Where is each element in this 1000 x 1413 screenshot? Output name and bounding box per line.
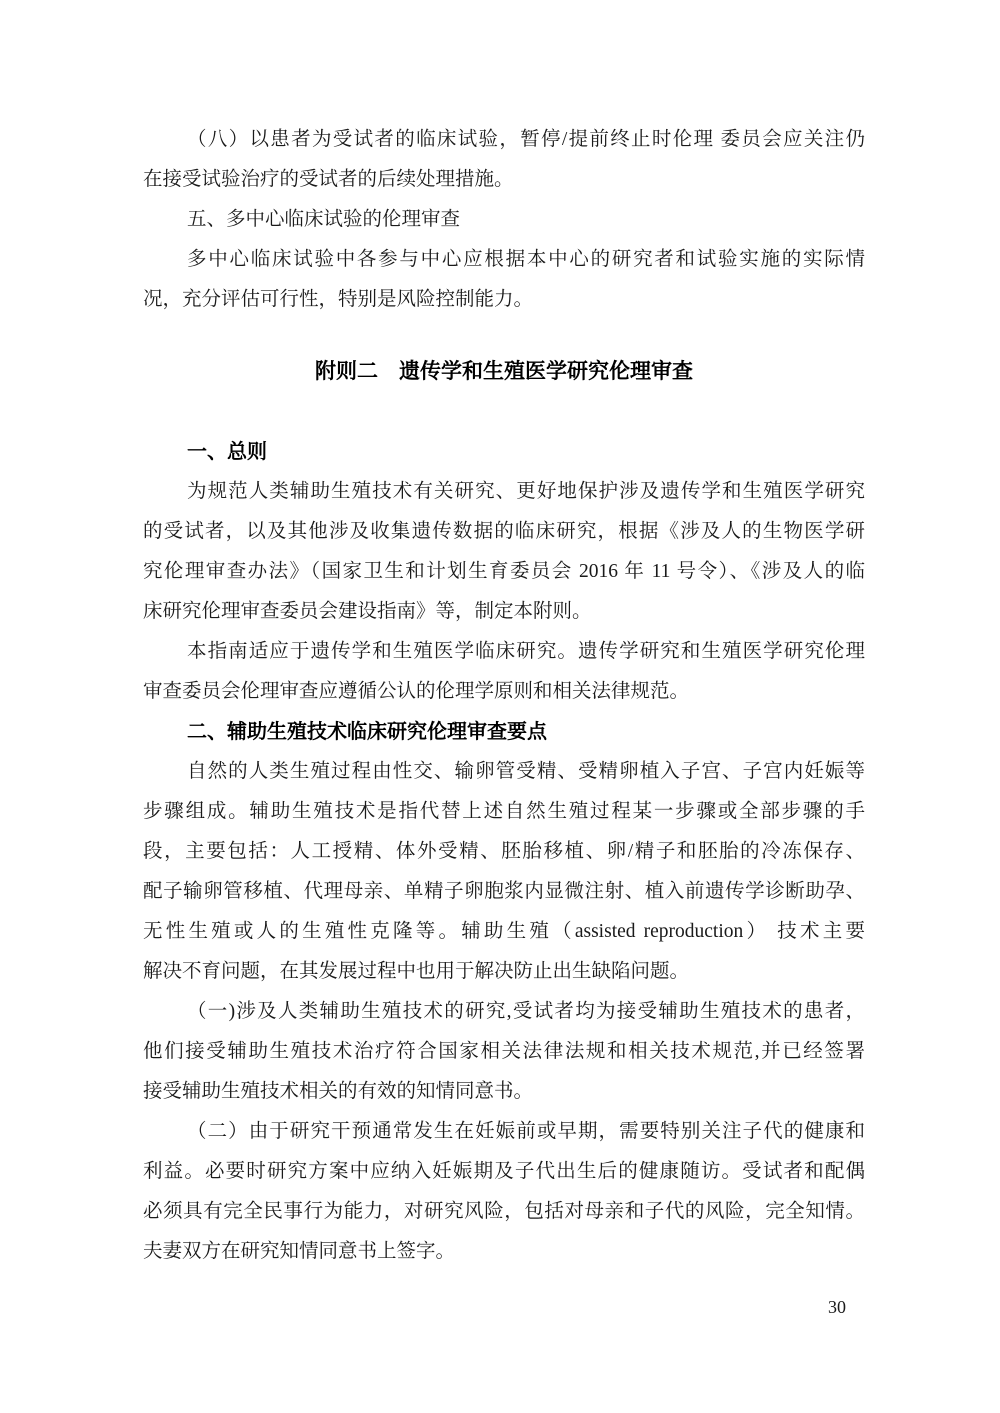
text-line: 多中心临床试验中各参与中心应根据本中心的研究者和试验实施的实际情	[143, 240, 865, 280]
text-line: 他们接受辅助生殖技术治疗符合国家相关法律法规和相关技术规范,并已经签署	[143, 1032, 865, 1072]
text-line: 解决不育问题，在其发展过程中也用于解决防止出生缺陷问题。	[143, 952, 865, 992]
text-line: 审查委员会伦理审查应遵循公认的伦理学原则和相关法律规范。	[143, 672, 865, 712]
text-line: 利益。必要时研究方案中应纳入妊娠期及子代出生后的健康随访。受试者和配偶	[143, 1152, 865, 1192]
document-title: 附则二 遗传学和生殖医学研究伦理审查	[143, 352, 865, 392]
text-line: 夫妻双方在研究知情同意书上签字。	[143, 1232, 865, 1272]
text-line: 本指南适应于遗传学和生殖医学临床研究。遗传学研究和生殖医学研究伦理	[143, 632, 865, 672]
text-line: 段，主要包括：人工授精、体外受精、胚胎移植、卵/精子和胚胎的冷冻保存、	[143, 832, 865, 872]
text-line: 究伦理审查办法》（国家卫生和计划生育委员会 2016 年 11 号令）、《涉及人…	[143, 552, 865, 592]
text-line: （八）以患者为受试者的临床试验，暂停/提前终止时伦理 委员会应关注仍	[143, 120, 865, 160]
text-line: 况，充分评估可行性，特别是风险控制能力。	[143, 280, 865, 320]
page-number: 30	[828, 1295, 846, 1319]
text-line: （二）由于研究干预通常发生在妊娠前或早期，需要特别关注子代的健康和	[143, 1112, 865, 1152]
text-line: 自然的人类生殖过程由性交、输卵管受精、受精卵植入子宫、子宫内妊娠等	[143, 752, 865, 792]
document-page: （八）以患者为受试者的临床试验，暂停/提前终止时伦理 委员会应关注仍在接受试验治…	[0, 0, 1000, 1413]
text-line: 床研究伦理审查委员会建设指南》等，制定本附则。	[143, 592, 865, 632]
text-line: 接受辅助生殖技术相关的有效的知情同意书。	[143, 1072, 865, 1112]
text-line: 的受试者，以及其他涉及收集遗传数据的临床研究，根据《涉及人的生物医学研	[143, 512, 865, 552]
document-content: （八）以患者为受试者的临床试验，暂停/提前终止时伦理 委员会应关注仍在接受试验治…	[143, 120, 865, 1272]
text-line: 步骤组成。辅助生殖技术是指代替上述自然生殖过程某一步骤或全部步骤的手	[143, 792, 865, 832]
section-heading: 二、辅助生殖技术临床研究伦理审查要点	[143, 712, 865, 752]
text-line: 为规范人类辅助生殖技术有关研究、更好地保护涉及遗传学和生殖医学研究	[143, 472, 865, 512]
text-line: （一)涉及人类辅助生殖技术的研究,受试者均为接受辅助生殖技术的患者，	[143, 992, 865, 1032]
text-line: 配子输卵管移植、代理母亲、单精子卵胞浆内显微注射、植入前遗传学诊断助孕、	[143, 872, 865, 912]
text-line: 无性生殖或人的生殖性克隆等。辅助生殖（assisted reproduction…	[143, 912, 865, 952]
text-line: 五、多中心临床试验的伦理审查	[143, 200, 865, 240]
text-line: 必须具有完全民事行为能力，对研究风险，包括对母亲和子代的风险，完全知情。	[143, 1192, 865, 1232]
spacer	[143, 392, 865, 432]
section-heading: 一、总则	[143, 432, 865, 472]
spacer	[143, 320, 865, 352]
text-line: 在接受试验治疗的受试者的后续处理措施。	[143, 160, 865, 200]
